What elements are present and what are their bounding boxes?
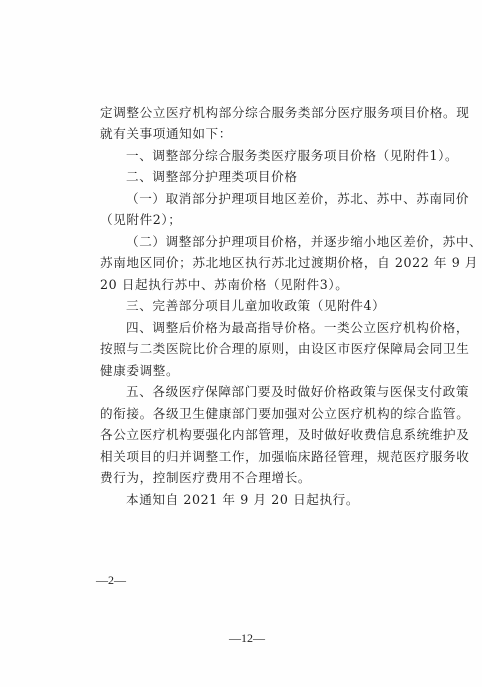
paragraph-line: 20 日起执行苏中、苏南价格（见附件3）。 <box>100 277 406 293</box>
document-page: 定调整公立医疗机构部分综合服务类部分医疗服务项目价格。现 就有关事项通知如下： … <box>0 0 482 687</box>
section-one: 一、调整部分综合服务类医疗服务项目价格（见附件1）。 <box>126 148 406 164</box>
section-two-heading: 二、调整部分护理类项目价格 <box>126 169 406 185</box>
effective-date-line: 本通知自 2021 年 9 月 20 日起执行。 <box>126 492 406 508</box>
inner-page-number: —2— <box>96 573 126 588</box>
paragraph-line: 费行为，控制医疗费用不合理增长。 <box>100 470 406 486</box>
paragraph-line: 的衔接。各级卫生健康部门要加强对公立医疗机构的综合监管。 <box>100 406 406 422</box>
subsection-two: （二）调整部分护理项目价格，并逐步缩小地区差价，苏中、 <box>126 234 406 250</box>
section-four: 四、调整后价格为最高指导价格。一类公立医疗机构价格， <box>126 320 406 336</box>
paragraph-line: 各公立医疗机构要强化内部管理，及时做好收费信息系统维护及 <box>100 427 406 443</box>
paragraph-line: 苏南地区同价；苏北地区执行苏北过渡期价格，自 2022 年 9 月 <box>100 255 406 271</box>
subsection-one: （一）取消部分护理项目地区差价，苏北、苏中、苏南同价 <box>126 191 406 207</box>
paragraph-line: 就有关事项通知如下： <box>100 126 406 142</box>
section-three: 三、完善部分项目儿童加收政策（见附件4） <box>126 298 406 314</box>
paragraph-line: 按照与二类医院比价合理的原则，由设区市医疗保障局会同卫生 <box>100 341 406 357</box>
paragraph-line: 定调整公立医疗机构部分综合服务类部分医疗服务项目价格。现 <box>100 105 406 121</box>
paragraph-line: 健康委调整。 <box>100 363 406 379</box>
outer-page-number: —12— <box>229 631 265 646</box>
paragraph-line: 相关项目的归并调整工作，加强临床路径管理，规范医疗服务收 <box>100 449 406 465</box>
section-five: 五、各级医疗保障部门要及时做好价格政策与医保支付政策 <box>126 384 406 400</box>
paragraph-line: （见附件2）； <box>100 212 406 228</box>
